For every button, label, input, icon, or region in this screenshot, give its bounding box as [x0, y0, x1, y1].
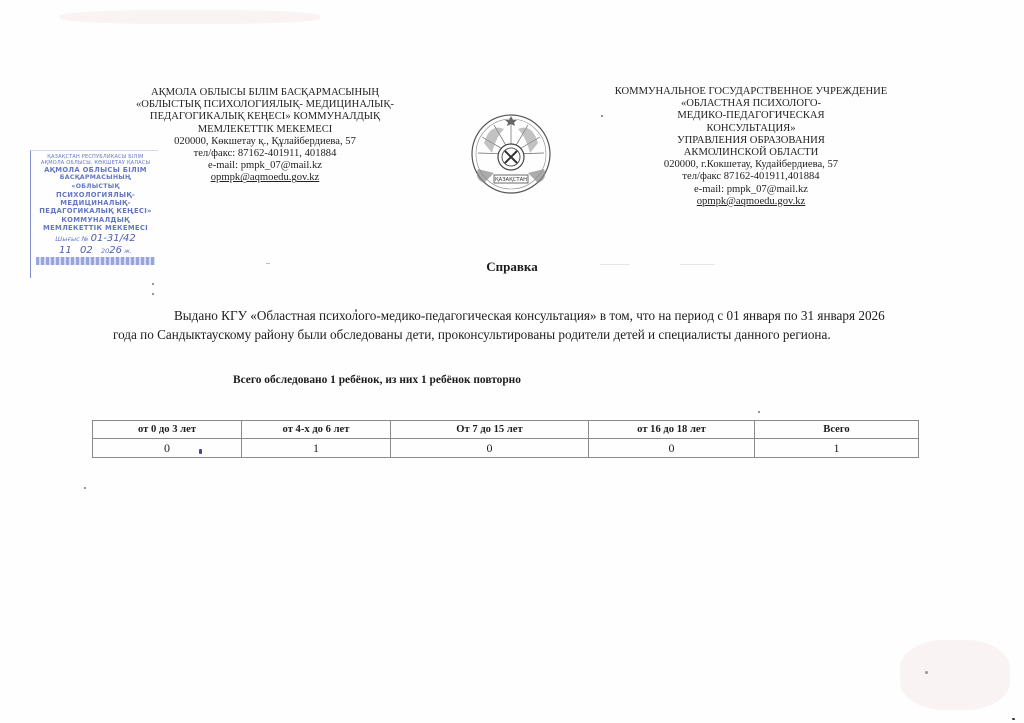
scan-speck [601, 115, 603, 117]
paragraph-line: года по Сандыктаускому району были обсле… [113, 325, 983, 344]
table-header-row: от 0 до 3 лет от 4-х до 6 лет От 7 до 15… [93, 421, 919, 439]
header-right-line: КОНСУЛЬТАЦИЯ» [592, 123, 910, 135]
header-left-line: «ОБЛЫСТЫҚ ПСИХОЛОГИЯЛЫҚ- МЕДИЦИНАЛЫҚ- [105, 99, 425, 111]
emblem-ribbon-text: ҚАЗАҚСТАН [495, 177, 527, 183]
scan-speck [925, 671, 928, 674]
column-header: от 0 до 3 лет [93, 421, 242, 439]
header-left-address: 020000, Көкшетау қ., Құлайбердиева, 57 [105, 136, 425, 148]
age-group-table: от 0 до 3 лет от 4-х до 6 лет От 7 до 15… [92, 420, 919, 458]
document-body-paragraph: Выдано КГУ «Областная психолого-медико-п… [113, 306, 983, 344]
column-header: Всего [755, 421, 919, 439]
header-left-line: МЕМЛЕКЕТТІК МЕКЕМЕСІ [105, 124, 425, 136]
paragraph-line: Выдано КГУ «Областная психолого-медико-п… [113, 306, 983, 325]
header-right-line: «ОБЛАСТНАЯ ПСИХОЛОГО- [592, 98, 910, 110]
table-cell: 1 [242, 439, 391, 458]
header-right-line: АКМОЛИНСКОЙ ОБЛАСТИ [592, 147, 910, 159]
document-page: АҚМОЛА ОБЛЫСЫ БІЛІМ БАСҚАРМАСЫНЫҢ «ОБЛЫС… [0, 0, 1024, 723]
column-header: От 7 до 15 лет [391, 421, 589, 439]
header-right-line: УПРАВЛЕНИЯ ОБРАЗОВАНИЯ [592, 135, 910, 147]
table-cell: 1 [755, 439, 919, 458]
scan-dash [680, 264, 715, 265]
header-right-email-link[interactable]: opmpk@aqmoedu.gov.kz [592, 196, 910, 208]
header-left-line: ПЕДАГОГИКАЛЫҚ КЕҢЕСІ» КОММУНАЛДЫҚ [105, 111, 425, 123]
scan-speck [355, 309, 357, 312]
ink-mark [199, 449, 202, 454]
table-cell: 0 [391, 439, 589, 458]
header-right-phone: тел/факс 87162-401911,401884 [592, 171, 910, 183]
scan-speck [758, 411, 760, 413]
scan-speck [1012, 718, 1015, 720]
scan-smudge [60, 10, 320, 24]
scan-dash [600, 264, 630, 265]
table-cell: 0 [589, 439, 755, 458]
scan-speck [84, 487, 86, 489]
table-cell: 0 [93, 439, 242, 458]
examination-summary: Всего обследовано 1 ребёнок, из них 1 ре… [233, 374, 521, 386]
header-right-address: 020000, г.Кокшетау, Кудайбердиева, 57 [592, 159, 910, 171]
scan-dash [266, 263, 270, 264]
header-left-line: АҚМОЛА ОБЛЫСЫ БІЛІМ БАСҚАРМАСЫНЫҢ [105, 87, 425, 99]
scan-speck [152, 293, 154, 295]
header-right-russian: КОММУНАЛЬНОЕ ГОСУДАРСТВЕННОЕ УЧРЕЖДЕНИЕ … [592, 86, 910, 208]
scan-speck [152, 283, 154, 285]
header-right-email: e-mail: pmpk_07@mail.kz [592, 184, 910, 196]
scan-smudge [900, 640, 1010, 710]
table-row: 0 1 0 0 1 [93, 439, 919, 458]
document-title: Справка [0, 259, 1024, 275]
column-header: от 4-х до 6 лет [242, 421, 391, 439]
kazakhstan-state-emblem-icon: ҚАЗАҚСТАН [470, 113, 552, 195]
header-right-line: КОММУНАЛЬНОЕ ГОСУДАРСТВЕННОЕ УЧРЕЖДЕНИЕ [592, 86, 910, 98]
header-right-line: МЕДИКО-ПЕДАГОГИЧЕСКАЯ [592, 110, 910, 122]
column-header: от 16 до 18 лет [589, 421, 755, 439]
